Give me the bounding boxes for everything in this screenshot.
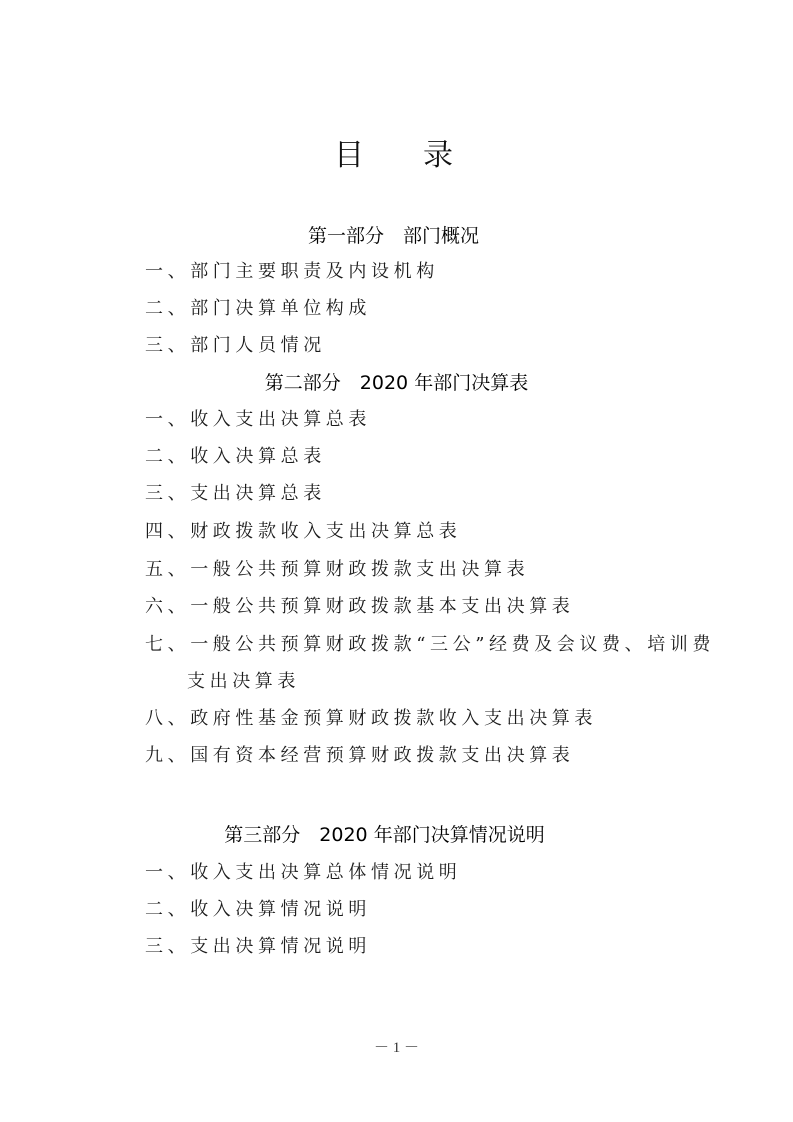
toc-item: 一、部门主要职责及内设机构 (145, 260, 439, 284)
toc-item: 六、一般公共预算财政拨款基本支出决算表 (145, 595, 574, 619)
toc-item: 二、收入决算情况说明 (145, 898, 371, 922)
toc-item: 二、收入决算总表 (145, 445, 326, 469)
toc-item: 九、国有资本经营预算财政拨款支出决算表 (145, 744, 574, 768)
toc-item-continuation: 支出决算表 (187, 670, 300, 694)
toc-item: 一、收入支出决算总表 (145, 408, 371, 432)
toc-item: 二、部门决算单位构成 (145, 297, 371, 321)
section-heading-part-2: 第二部分 2020 年部门决算表 (0, 371, 793, 395)
page-title: 目 录 (0, 136, 793, 176)
page-title-char-2: 录 (423, 136, 453, 176)
toc-item: 五、一般公共预算财政拨款支出决算表 (145, 558, 529, 582)
toc-item: 八、政府性基金预算财政拨款收入支出决算表 (145, 707, 597, 731)
section-heading-part-3: 第三部分 2020 年部门决算情况说明 (0, 823, 781, 847)
page-number: － 1 － (0, 1038, 793, 1058)
toc-item: 七、一般公共预算财政拨款“三公”经费及会议费、培训费 (145, 633, 715, 657)
page-title-char-1: 目 (334, 136, 364, 176)
toc-item: 三、支出决算情况说明 (145, 935, 371, 959)
toc-item: 一、收入支出决算总体情况说明 (145, 861, 461, 885)
toc-item: 四、财政拨款收入支出决算总表 (145, 520, 461, 544)
document-page: 目 录 第一部分 部门概况 一、部门主要职责及内设机构 二、部门决算单位构成 三… (0, 0, 793, 1122)
toc-item: 三、部门人员情况 (145, 334, 326, 358)
section-heading-part-1: 第一部分 部门概况 (0, 224, 790, 248)
toc-item: 三、支出决算总表 (145, 482, 326, 506)
